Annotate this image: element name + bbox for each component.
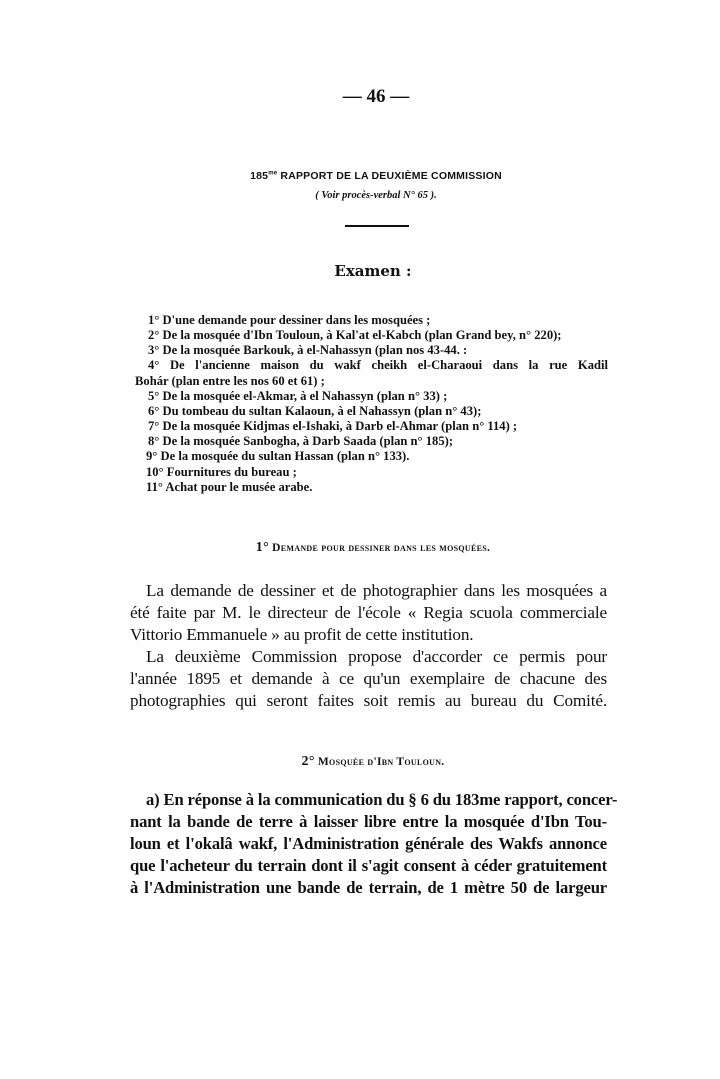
section-title: Mosquée d'Ibn Touloun. <box>318 756 445 768</box>
agenda-item: 8° De la mosquée Sanbogha, à Darb Saada … <box>148 434 453 449</box>
paragraph-line: l'année 1895 et demande à ce qu'un exemp… <box>130 668 607 690</box>
paragraph-line: que l'acheteur du terrain dont il s'agit… <box>130 855 607 877</box>
paragraph-line: Vittorio Emmanuele » au profit de cette … <box>130 624 473 646</box>
section-heading: 1° Demande pour dessiner dans les mosqué… <box>0 540 720 556</box>
agenda-item-continuation: Bohár (plan entre les nos 60 et 61) ; <box>135 374 325 389</box>
agenda-item: 9° De la mosquée du sultan Hassan (plan … <box>146 449 409 464</box>
paragraph-line: loun et l'okalâ wakf, l'Administration g… <box>130 833 607 855</box>
separator-rule <box>345 225 409 227</box>
report-title-text: RAPPORT DE LA DEUXIÈME COMMISSION <box>277 170 502 182</box>
report-subtitle: ( Voir procès-verbal N° 65 ). <box>0 190 720 201</box>
section-number: 1° <box>256 540 269 555</box>
paragraph-line: La demande de dessiner et de photographi… <box>146 580 607 602</box>
paragraph-line: La deuxième Commission propose d'accorde… <box>146 646 607 668</box>
agenda-item: 3° De la mosquée Barkouk, à el-Nahassyn … <box>148 343 467 358</box>
paragraph-line: photographies qui seront faites soit rem… <box>130 690 607 712</box>
paragraph-line: été faite par M. le directeur de l'école… <box>130 602 607 624</box>
agenda-item: 6° Du tombeau du sultan Kalaoun, à el Na… <box>148 404 481 419</box>
page-number: — 46 — <box>0 86 720 108</box>
section-number: 2° <box>302 754 315 769</box>
paragraph-line: a) En réponse à la communication du § 6 … <box>146 789 607 811</box>
report-title-number: 185 <box>250 170 268 182</box>
agenda-item: 4° De l'ancienne maison du wakf cheikh e… <box>148 358 608 373</box>
agenda-item: 7° De la mosquée Kidjmas el-Ishaki, à Da… <box>148 419 517 434</box>
agenda-item: 1° D'une demande pour dessiner dans les … <box>148 313 430 328</box>
agenda-item: 10° Fournitures du bureau ; <box>146 465 297 480</box>
report-title-superscript: me <box>268 171 277 177</box>
paragraph-line: nant la bande de terre à laisser libre e… <box>130 811 607 833</box>
agenda-item: 2° De la mosquée d'Ibn Touloun, à Kal'at… <box>148 328 562 343</box>
agenda-item: 11° Achat pour le musée arabe. <box>146 480 312 495</box>
section-title: Demande pour dessiner dans les mosquées. <box>272 542 490 554</box>
section-heading: 2° Mosquée d'Ibn Touloun. <box>0 754 720 770</box>
report-title: 185me RAPPORT DE LA DEUXIÈME COMMISSION <box>0 170 720 182</box>
agenda-item: 5° De la mosquée el-Akmar, à el Nahassyn… <box>148 389 447 404</box>
document-page: — 46 — 185me RAPPORT DE LA DEUXIÈME COMM… <box>0 0 720 1079</box>
paragraph-line: à l'Administration une bande de terrain,… <box>130 877 607 899</box>
examen-heading: Examen : <box>0 262 720 280</box>
